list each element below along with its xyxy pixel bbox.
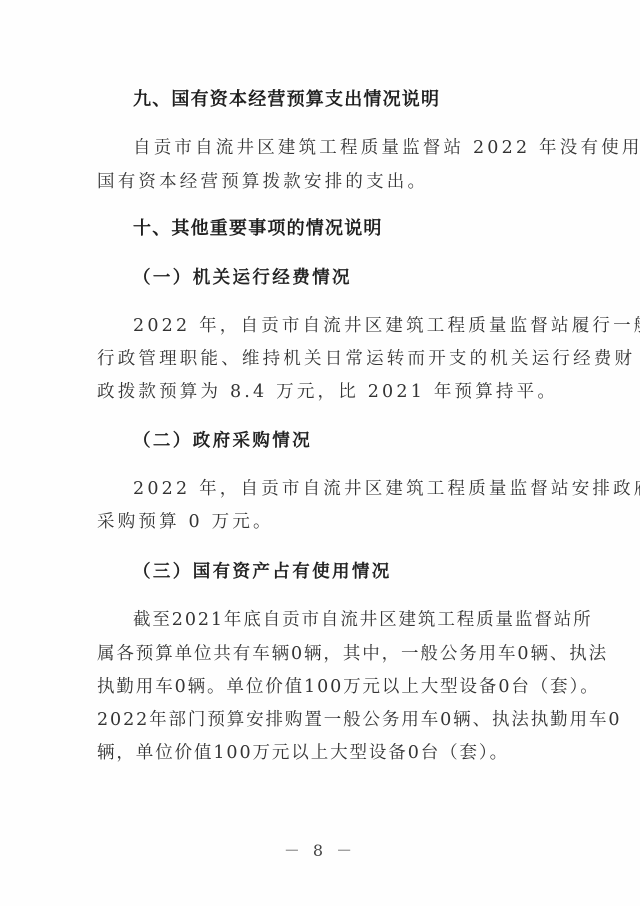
- paragraph-line: 采购预算 0 万元。: [97, 511, 545, 533]
- paragraph-line: 国有资本经营预算拨款安排的支出。: [97, 171, 545, 193]
- paragraph-line: 截至2021年底自贡市自流井区建筑工程质量监督站所: [133, 609, 545, 631]
- subsection-heading-2: （二）政府采购情况: [133, 430, 581, 452]
- subsection-heading-1: （一）机关运行经费情况: [133, 267, 581, 289]
- subsection-heading-3: （三）国有资产占有使用情况: [133, 561, 581, 583]
- paragraph-line: 政拨款预算为 8.4 万元，比 2021 年预算持平。: [97, 381, 545, 403]
- paragraph-line: 属各预算单位共有车辆0辆，其中，一般公务用车0辆、执法: [97, 643, 545, 665]
- paragraph-line: 2022年部门预算安排购置一般公务用车0辆、执法执勤用车0: [97, 709, 545, 731]
- paragraph-line: 2022 年，自贡市自流井区建筑工程质量监督站安排政府: [133, 478, 545, 500]
- section-heading-10: 十、其他重要事项的情况说明: [133, 218, 581, 240]
- paragraph-line: 自贡市自流井区建筑工程质量监督站 2022 年没有使用: [133, 137, 545, 159]
- paragraph-line: 执勤用车0辆。单位价值100万元以上大型设备0台（套）。: [97, 676, 545, 698]
- paragraph-line: 行政管理职能、维持机关日常运转而开支的机关运行经费财: [97, 348, 545, 370]
- paragraph-line: 辆，单位价值100万元以上大型设备0台（套）。: [97, 742, 545, 764]
- document-page: 九、国有资本经营预算支出情况说明 自贡市自流井区建筑工程质量监督站 2022 年…: [0, 0, 640, 906]
- page-number: － 8 －: [0, 838, 640, 861]
- section-heading-9: 九、国有资本经营预算支出情况说明: [133, 89, 581, 111]
- paragraph-line: 2022 年，自贡市自流井区建筑工程质量监督站履行一般: [133, 315, 545, 337]
